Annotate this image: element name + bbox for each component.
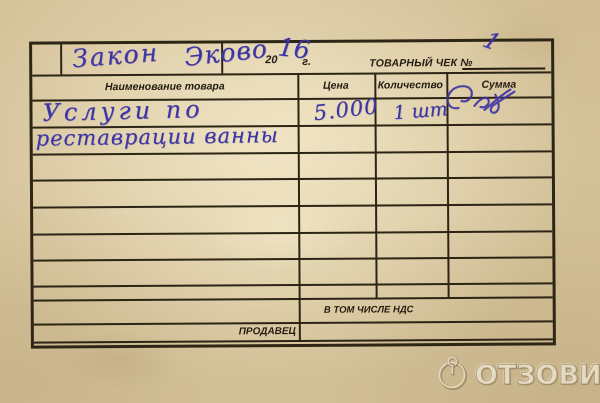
title-cell-divider [60,44,62,74]
handwritten-store-name-word2: Эково [183,34,269,72]
table-row-line [34,296,553,301]
vat-row-divider [34,320,553,325]
table-row-line [33,256,552,261]
column-header-price: Цена [297,79,374,91]
receipt-photo: 20 г. ТОВАРНЫЙ ЧЕК № Наименование товара… [0,0,600,403]
power-button-logo-icon [434,355,474,395]
sales-receipt-form: 20 г. ТОВАРНЫЙ ЧЕК № Наименование товара… [29,38,556,348]
title-row-divider [32,71,551,76]
check-number-underline [462,67,545,69]
table-row-line [33,150,552,155]
handwritten-item-name-line2: реставрации ванны [35,123,278,151]
watermark: ОТЗОВИК [434,355,600,395]
handwritten-store-name-word1: Закон [71,38,160,74]
signature-scribble [440,82,532,123]
table-row-line [34,282,553,287]
table-row-line [33,203,552,208]
column-header-name: Наименование товара [32,80,297,94]
column-divider-price [297,73,300,298]
vat-label: В ТОМ ЧИСЛЕ НДС [299,304,439,316]
watermark-text: ОТЗОВИК [475,360,600,391]
handwritten-check-number: 1 [478,28,504,56]
seller-row-divider [34,338,553,343]
table-row-line [33,176,552,181]
handwritten-item-name-line1: Услуги по [42,95,204,127]
seller-label: ПРОДАВЕЦ [174,326,296,338]
handwritten-year: 16 [277,32,312,64]
check-title-label: ТОВАРНЫЙ ЧЕК № [369,57,472,70]
table-row-line [33,230,552,235]
column-header-quantity: Количество [374,79,446,91]
